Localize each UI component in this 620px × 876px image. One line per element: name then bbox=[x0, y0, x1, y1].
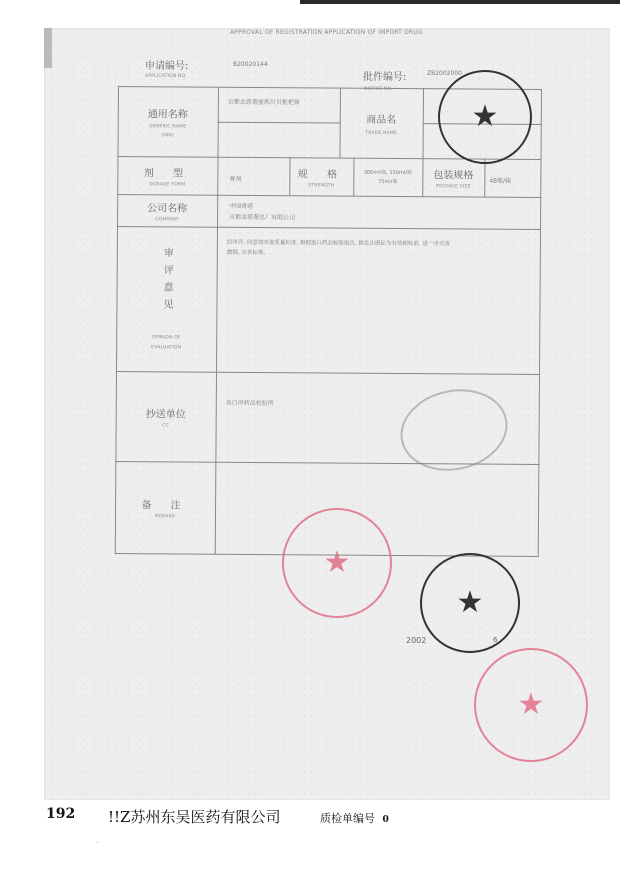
package-size-label-cell: 包装规格 PACKAGE SIZE bbox=[422, 158, 484, 196]
scan-speck: · bbox=[96, 838, 99, 847]
cc-unit-value: 各口岸药品检验所 bbox=[226, 398, 274, 407]
application-no-label: 申请编号: bbox=[145, 57, 188, 72]
star-icon: ★ bbox=[324, 548, 351, 578]
star-icon: ★ bbox=[472, 102, 499, 132]
company-label-cell: 公司名称 COMPANY bbox=[117, 194, 217, 227]
star-icon: ★ bbox=[518, 690, 545, 720]
cc-unit-label-cell: 抄送单位 CC bbox=[115, 371, 216, 462]
notice-no-label: 批件编号: bbox=[363, 68, 406, 83]
notice-no-value: ZB2002000 bbox=[427, 70, 462, 77]
red-center-stamp: ★ bbox=[282, 508, 392, 618]
qc-value: 0 bbox=[383, 815, 389, 825]
remark-label-cell: 备 注 REMARK bbox=[115, 461, 216, 555]
trade-name-label-cell: 商品名 TRADE NAME bbox=[340, 88, 423, 159]
dosage-form-value: 膏剂 bbox=[229, 174, 241, 183]
top-right-stamp: ★ bbox=[438, 70, 532, 164]
date-month: 6 bbox=[493, 636, 497, 644]
red-bottom-stamp: ★ bbox=[474, 648, 588, 762]
generic-name-value: 京都念慈菴蜜炼川贝枇杷膏 bbox=[228, 97, 300, 107]
strength-label-cell: 规 格 STRENGTH bbox=[289, 157, 353, 195]
company-value: 中国香港 京都念慈菴总厂有限公司 bbox=[229, 201, 295, 221]
package-size-value: 48瓶/箱 bbox=[489, 176, 511, 185]
application-no-label-en: APPLICATION NO. bbox=[145, 74, 187, 79]
scan-left-shadow bbox=[44, 28, 52, 68]
dosage-form-label-cell: 剂 型 DOSAGE FORM bbox=[117, 156, 217, 195]
application-no-value: B20020144 bbox=[233, 61, 268, 68]
footer-company: !!Z苏州东吴医药有限公司 bbox=[108, 806, 280, 827]
official-seal: ★ bbox=[420, 553, 520, 653]
generic-name-label-cell: 通用名称 GENERIC NAME (INN) bbox=[118, 86, 218, 157]
qc-number: 质检单编号 0 bbox=[320, 810, 389, 826]
date-year: 2002 bbox=[406, 636, 426, 645]
page-number: 192 bbox=[46, 806, 75, 822]
strength-value-cell: 300ml/瓶, 150ml/瓶 75ml/瓶 bbox=[353, 158, 422, 196]
qc-label: 质检单编号 bbox=[320, 812, 375, 825]
document-header-title: APPROVAL OF REGISTRATION APPLICATION OF … bbox=[230, 29, 423, 36]
opinion-label-cell: 审 评 意 见 OPINION OF EVALUATION bbox=[116, 226, 217, 372]
scan-top-edge bbox=[300, 0, 620, 4]
star-icon: ★ bbox=[457, 588, 484, 618]
opinion-text: 经审评, 同意按改进质量标准, 根据进口药品检验报告, 换发注册证为有效期标准,… bbox=[227, 238, 532, 258]
